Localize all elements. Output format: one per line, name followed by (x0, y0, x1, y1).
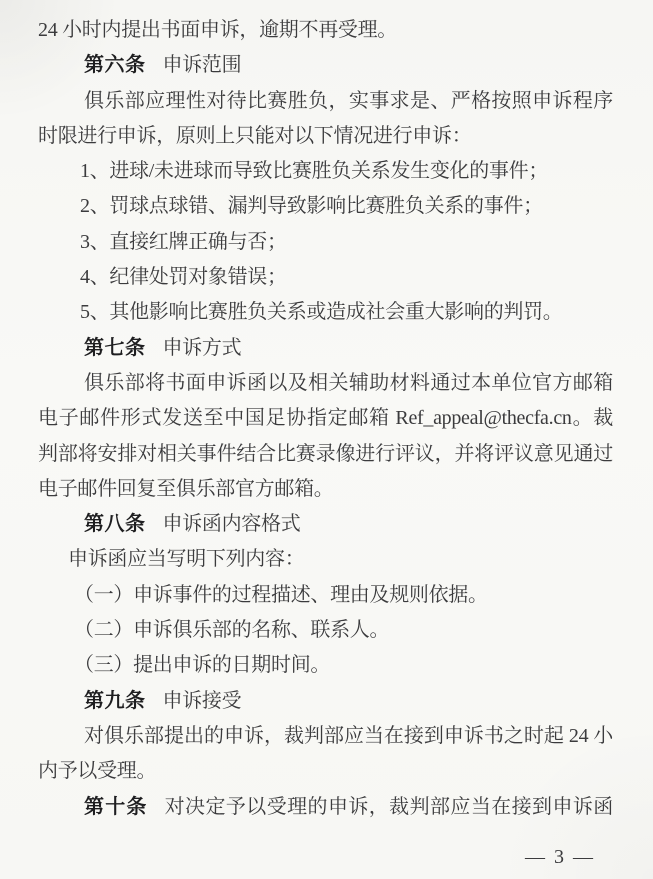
document-line: 俱乐部应理性对待比赛胜负，实事求是、严格按照申诉程序和 (38, 84, 613, 119)
document-line: 5、其他影响比赛胜负关系或造成社会重大影响的判罚。 (38, 295, 613, 330)
line-text: 电子邮件形式发送至中国足协指定邮箱 Ref_appeal@thecfa.cn。裁 (38, 407, 613, 429)
line-text: 4、纪律处罚对象错误； (80, 266, 287, 288)
article-label: 第七条 (84, 337, 146, 359)
line-text: 内予以受理。 (38, 760, 156, 782)
document-line: 4、纪律处罚对象错误； (38, 260, 613, 295)
line-text: 判部将安排对相关事件结合比赛录像进行评议，并将评议意见通过 (38, 443, 613, 465)
line-text: 对俱乐部提出的申诉，裁判部应当在接到申诉书之时起 24 小时 (84, 725, 613, 754)
line-text: 申诉接受 (163, 690, 242, 712)
document-line: 第十条对决定予以受理的申诉，裁判部应当在接到申诉函之 (38, 790, 613, 825)
document-line: （一）申诉事件的过程描述、理由及规则依据。 (38, 578, 613, 613)
document-line: 第八条申诉函内容格式 (38, 507, 613, 542)
line-text: 对决定予以受理的申诉，裁判部应当在接到申诉函之 (84, 796, 613, 825)
line-text: 3、直接红牌正确与否； (80, 231, 287, 253)
document-line: 24 小时内提出书面申诉，逾期不再受理。 (38, 13, 613, 48)
line-text: （二）申诉俱乐部的名称、联系人。 (74, 619, 389, 641)
line-text: 24 小时内提出书面申诉，逾期不再受理。 (38, 19, 397, 41)
line-text: 申诉函应当写明下列内容： (68, 548, 304, 570)
article-label: 第八条 (84, 513, 146, 535)
scan-artifact (383, 196, 390, 198)
document-content: 24 小时内提出书面申诉，逾期不再受理。第六条申诉范围俱乐部应理性对待比赛胜负，… (38, 13, 613, 825)
document-line: 第六条申诉范围 (38, 48, 613, 83)
document-line: 对俱乐部提出的申诉，裁判部应当在接到申诉书之时起 24 小时 (38, 719, 613, 754)
line-text: 1、进球/未进球而导致比赛胜负关系发生变化的事件； (80, 160, 548, 182)
line-text: 申诉函内容格式 (163, 513, 301, 535)
document-line: 内予以受理。 (38, 754, 613, 789)
line-text: 申诉方式 (163, 337, 242, 359)
line-text: 时限进行申诉，原则上只能对以下情况进行申诉： (38, 125, 471, 147)
document-line: 2、罚球点球错、漏判导致影响比赛胜负关系的事件； (38, 189, 613, 224)
document-line: （三）提出申诉的日期时间。 (38, 648, 613, 683)
page-number: — 3 — (525, 845, 595, 869)
line-text: 2、罚球点球错、漏判导致影响比赛胜负关系的事件； (80, 195, 543, 217)
document-line: 电子邮件回复至俱乐部官方邮箱。 (38, 472, 613, 507)
document-line: （二）申诉俱乐部的名称、联系人。 (38, 613, 613, 648)
document-line: 电子邮件形式发送至中国足协指定邮箱 Ref_appeal@thecfa.cn。裁 (38, 401, 613, 436)
document-line: 判部将安排对相关事件结合比赛录像进行评议，并将评议意见通过 (38, 437, 613, 472)
article-label: 第九条 (84, 690, 146, 712)
line-text: 5、其他影响比赛胜负关系或造成社会重大影响的判罚。 (80, 301, 563, 323)
document-line: 俱乐部将书面申诉函以及相关辅助材料通过本单位官方邮箱以 (38, 366, 613, 401)
line-text: 俱乐部将书面申诉函以及相关辅助材料通过本单位官方邮箱以 (84, 372, 613, 401)
document-line: 时限进行申诉，原则上只能对以下情况进行申诉： (38, 119, 613, 154)
document-line: 第九条申诉接受 (38, 684, 613, 719)
line-text: 俱乐部应理性对待比赛胜负，实事求是、严格按照申诉程序和 (84, 90, 613, 119)
line-text: （一）申诉事件的过程描述、理由及规则依据。 (74, 584, 488, 606)
document-page: 24 小时内提出书面申诉，逾期不再受理。第六条申诉范围俱乐部应理性对待比赛胜负，… (0, 0, 653, 879)
article-label: 第十条 (84, 796, 148, 818)
document-line: 3、直接红牌正确与否； (38, 225, 613, 260)
article-label: 第六条 (84, 54, 146, 76)
document-line: 1、进球/未进球而导致比赛胜负关系发生变化的事件； (38, 154, 613, 189)
line-text: 电子邮件回复至俱乐部官方邮箱。 (38, 478, 334, 500)
line-text: （三）提出申诉的日期时间。 (74, 654, 330, 676)
line-text: 申诉范围 (163, 54, 242, 76)
document-line: 申诉函应当写明下列内容： (38, 542, 613, 577)
document-line: 第七条申诉方式 (38, 331, 613, 366)
